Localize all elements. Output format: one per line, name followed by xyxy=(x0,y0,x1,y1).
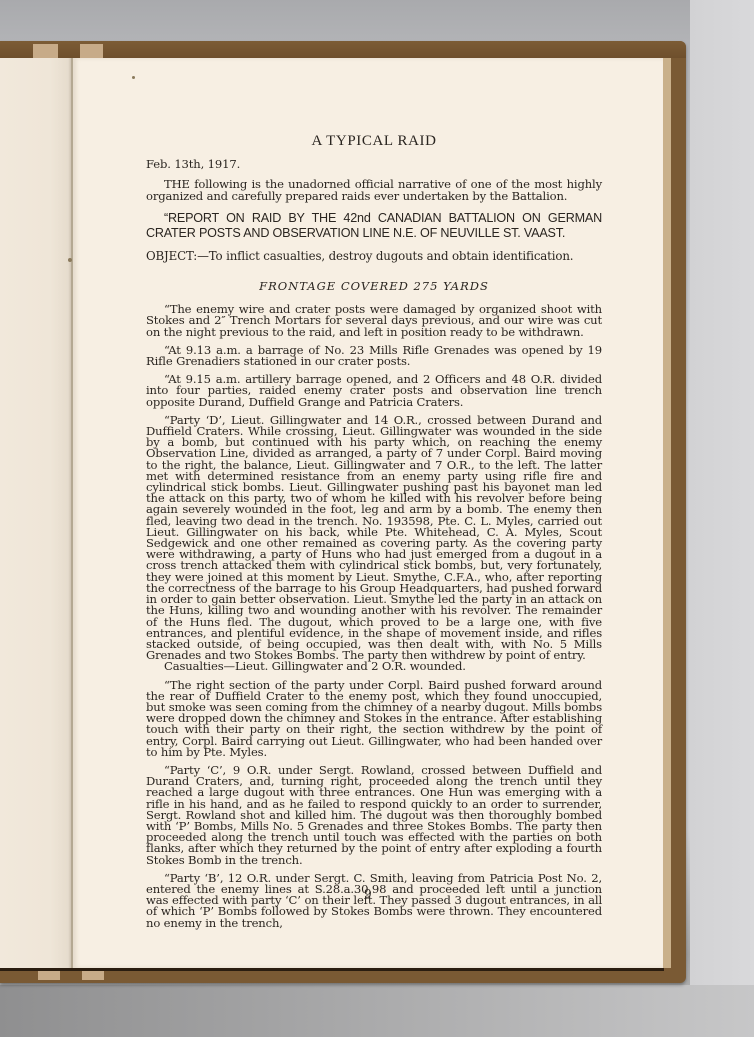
page-text: A TYPICAL RAID Feb. 13th, 1917. THE foll… xyxy=(146,136,602,929)
background xyxy=(690,0,754,1037)
body-paragraph: “At 9.13 a.m. a barrage of No. 23 Mills … xyxy=(146,345,602,367)
body-paragraph: “Party ‘C’, 9 O.R. under Sergt. Rowland,… xyxy=(146,765,602,866)
casualties-line: Casualties—Lieut. Gillingwater and 2 O.R… xyxy=(146,661,602,672)
date-line: Feb. 13th, 1917. xyxy=(146,159,602,170)
body-paragraph: “The right section of the party under Co… xyxy=(146,680,602,758)
background-shadow xyxy=(0,985,754,1037)
paper-blemish xyxy=(132,76,135,79)
intro-paragraph: THE following is the unadorned official … xyxy=(146,179,602,201)
body-paragraph: “At 9.15 a.m. artillery barrage opened, … xyxy=(146,374,602,408)
page-title: A TYPICAL RAID xyxy=(146,136,602,147)
headband-mark xyxy=(80,44,103,58)
page-bottom-edge xyxy=(0,968,664,971)
section-subheading: FRONTAGE COVERED 275 YARDS xyxy=(146,281,602,292)
object-line: OBJECT:—To inflict casualties, destroy d… xyxy=(146,251,602,262)
body-paragraph: “Party ‘D’, Lieut. Gillingwater and 14 O… xyxy=(146,415,602,661)
body-paragraph: “Party ‘B’, 12 O.R. under Sergt. C. Smit… xyxy=(146,873,602,929)
body-paragraph: “The enemy wire and crater posts were da… xyxy=(146,304,602,338)
headband-mark xyxy=(33,44,58,58)
report-heading: “REPORT ON RAID BY THE 42nd CANADIAN BAT… xyxy=(146,211,602,241)
page-number: 9 xyxy=(364,887,372,901)
left-page xyxy=(0,58,71,968)
paper-blemish xyxy=(68,258,72,262)
page-edge xyxy=(663,58,671,968)
